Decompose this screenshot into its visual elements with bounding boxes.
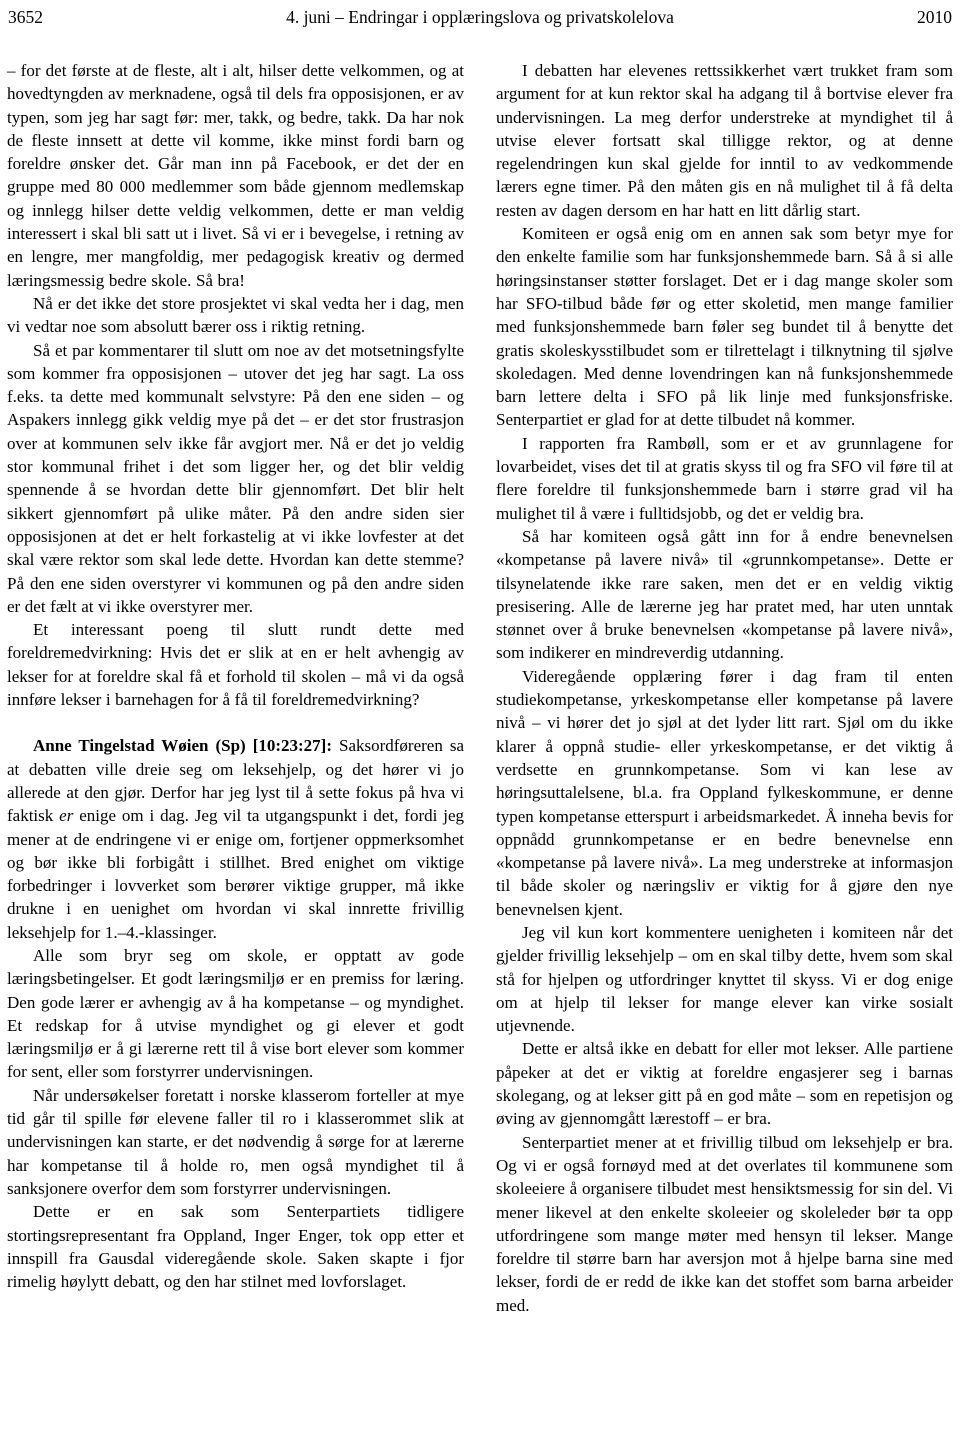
paragraph: Nå er det ikke det store prosjektet vi s… (7, 292, 464, 339)
text-segment: Dette er en sak som Senterpartiets tidli… (7, 1202, 464, 1291)
paragraph: I debatten har elevenes rettssikkerhet v… (496, 59, 953, 222)
text-segment: Dette er altså ikke en debatt for eller … (496, 1039, 953, 1128)
paragraph: Så et par kommentarer til slutt om noe a… (7, 339, 464, 619)
document-page: 3652 4. juni – Endringar i opplæringslov… (0, 0, 960, 1436)
left-column: – for det første at de fleste, alt i alt… (7, 59, 464, 1317)
paragraph: Dette er en sak som Senterpartiets tidli… (7, 1200, 464, 1293)
text-segment: Et interessant poeng til slutt rundt det… (7, 620, 464, 709)
paragraph: Når undersøkelser foretatt i norske klas… (7, 1084, 464, 1200)
paragraph: Komiteen er også enig om en annen sak so… (496, 222, 953, 432)
text-segment: Jeg vil kun kort kommentere uenigheten i… (496, 923, 953, 1035)
header-title: 4. juni – Endringar i opplæringslova og … (286, 7, 674, 27)
text-segment: – for det første at de fleste, alt i alt… (7, 61, 464, 290)
paragraph: Så har komiteen også gått inn for å endr… (496, 525, 953, 665)
text-segment: Så et par kommentarer til slutt om noe a… (7, 341, 464, 616)
text-segment: enige om i dag. Jeg vil ta utgangspunkt … (7, 806, 464, 941)
page-header: 3652 4. juni – Endringar i opplæringslov… (0, 0, 960, 27)
text-segment: I debatten har elevenes rettssikkerhet v… (496, 61, 953, 220)
speaker-name-timestamp: Anne Tingelstad Wøien (Sp) [10:23:27]: (33, 736, 332, 755)
speech-paragraph: Anne Tingelstad Wøien (Sp) [10:23:27]: S… (7, 734, 464, 944)
text-segment: Når undersøkelser foretatt i norske klas… (7, 1086, 464, 1198)
paragraph: Senterpartiet mener at et frivillig tilb… (496, 1131, 953, 1317)
right-column: I debatten har elevenes rettssikkerhet v… (496, 59, 953, 1317)
text-segment: Så har komiteen også gått inn for å endr… (496, 527, 953, 662)
text-segment: Nå er det ikke det store prosjektet vi s… (7, 294, 464, 336)
text-segment: Videregående opplæring fører i dag fram … (496, 667, 953, 919)
text-segment: Senterpartiet mener at et frivillig tilb… (496, 1133, 953, 1315)
paragraph: I rapporten fra Rambøll, som er et av gr… (496, 432, 953, 525)
text-segment: I rapporten fra Rambøll, som er et av gr… (496, 434, 953, 523)
text-segment: Alle som bryr seg om skole, er opptatt a… (7, 946, 464, 1081)
text-segment: Komiteen er også enig om en annen sak so… (496, 224, 953, 429)
paragraph: – for det første at de fleste, alt i alt… (7, 59, 464, 292)
page-number: 3652 (8, 7, 286, 27)
paragraph: Videregående opplæring fører i dag fram … (496, 665, 953, 921)
paragraph: Dette er altså ikke en debatt for eller … (496, 1037, 953, 1130)
text-columns: – for det første at de fleste, alt i alt… (0, 59, 960, 1317)
paragraph: Jeg vil kun kort kommentere uenigheten i… (496, 921, 953, 1037)
paragraph: Et interessant poeng til slutt rundt det… (7, 618, 464, 711)
emphasized-text: er (59, 806, 73, 825)
paragraph: Alle som bryr seg om skole, er opptatt a… (7, 944, 464, 1084)
header-year: 2010 (674, 7, 952, 27)
